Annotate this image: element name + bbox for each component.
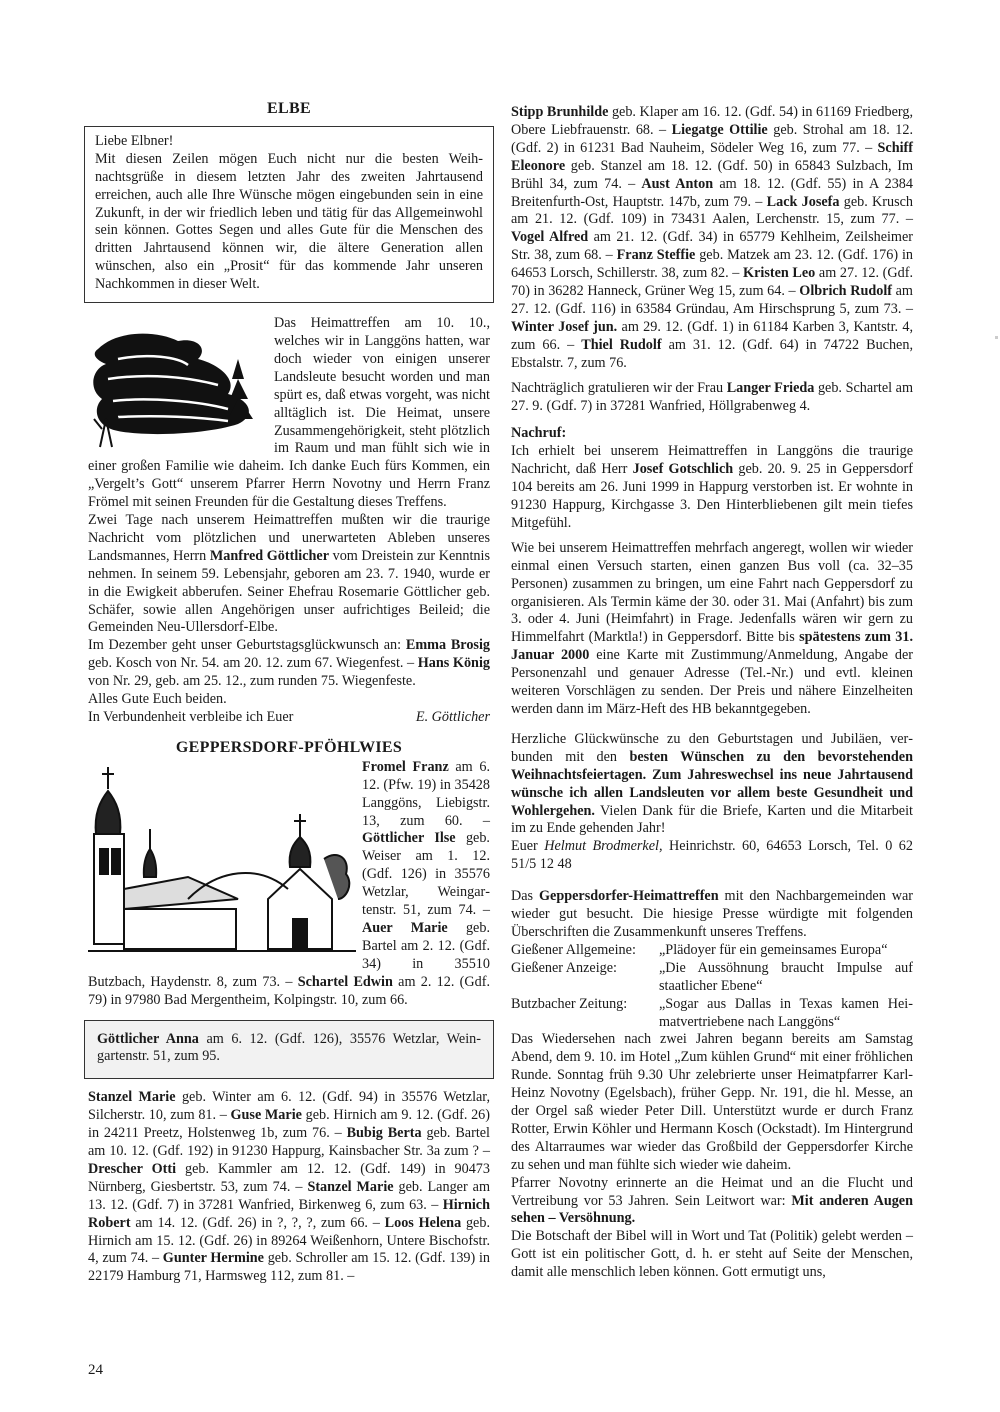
press-row: Gießener Allgemeine:„Plädoyer für ein ge… (511, 942, 913, 960)
press-row: Gießener Anzeige:„Die Aussöhnung braucht… (511, 960, 913, 996)
section-heading-elbe: ELBE (88, 100, 490, 118)
meeting-report: Das Geppersdorfer-Heimattreffen mit den … (511, 888, 913, 942)
letter-box: Liebe Elbner! Mit diesen Zeilen mögen Eu… (84, 126, 494, 303)
belated-congratulations: Nachträglich gratulieren wir der Frau La… (511, 380, 913, 416)
reunion-report: Das Wiedersehen nach zwei Jahren begann … (511, 1031, 913, 1174)
press-row: Butzbacher Zeitung:„Sogar aus Dallas in … (511, 996, 913, 1032)
elbe-para-obituary: Zwei Tage nach unserem Heimattreffen muß… (88, 512, 490, 637)
elbe-signature-line: In Verbundenheit verbleibe ich Euer E. G… (88, 709, 490, 727)
geppersdorf-entries-1: Fromel Franz am 6. 12. (Pfw. 19) in 3542… (88, 759, 490, 1010)
letter-text: Mit diesen Zeilen mögen Euch nicht nur d… (95, 151, 483, 294)
obituary-heading: Nachruf: (511, 425, 913, 443)
section-heading-geppersdorf: GEPPERSDORF-PFÖHLWIES (88, 739, 490, 757)
church-illustration (88, 759, 356, 955)
left-column: ELBE Liebe Elbner! Mit diesen Zeilen mög… (88, 100, 490, 1286)
birthday-entries-continued: Stipp Brunhilde geb. Klaper am 16. 12. (… (511, 104, 913, 373)
elbe-body: Das Heimattreffen am 10. 10., welches wi… (88, 315, 490, 727)
elbe-para-wishes: Alles Gute Euch beiden. (88, 691, 490, 709)
obituary-text: Ich erhielt bei unserem Heimattreffen in… (511, 443, 913, 533)
sign-off: Euer Helmut Brodmerkel, Heinrichstr. 60,… (511, 838, 913, 874)
press-headlines: Gießener Allgemeine:„Plädoyer für ein ge… (511, 942, 913, 1032)
bible-message: Die Botschaft der Bibel will in Wort und… (511, 1228, 913, 1282)
letter-greeting: Liebe Elbner! (95, 133, 483, 151)
birthday-entries-list: Stanzel Marie geb. Winter am 6. 12. (Gdf… (88, 1089, 490, 1286)
signature: E. Göttlicher (416, 709, 490, 727)
season-greetings: Herzliche Glückwünsche zu den Geburtstag… (511, 731, 913, 838)
landscape-illustration (88, 319, 266, 449)
right-column: Stipp Brunhilde geb. Klaper am 16. 12. (… (511, 104, 913, 1282)
closing-text: In Verbundenheit verbleibe ich Euer (88, 709, 293, 727)
bus-trip-announcement: Wie bei unserem Heimattreffen mehrfach a… (511, 540, 913, 719)
highlight-box-95th-birthday: Göttlicher Anna am 6. 12. (Gdf. 126), 35… (84, 1020, 494, 1080)
page-number: 24 (88, 1362, 103, 1379)
scan-speck (995, 336, 998, 339)
sermon-text: Pfarrer Novotny erinnerte an die Heimat … (511, 1175, 913, 1229)
elbe-para-birthdays: Im Dezember geht unser Geburtstagsglückw… (88, 637, 490, 691)
